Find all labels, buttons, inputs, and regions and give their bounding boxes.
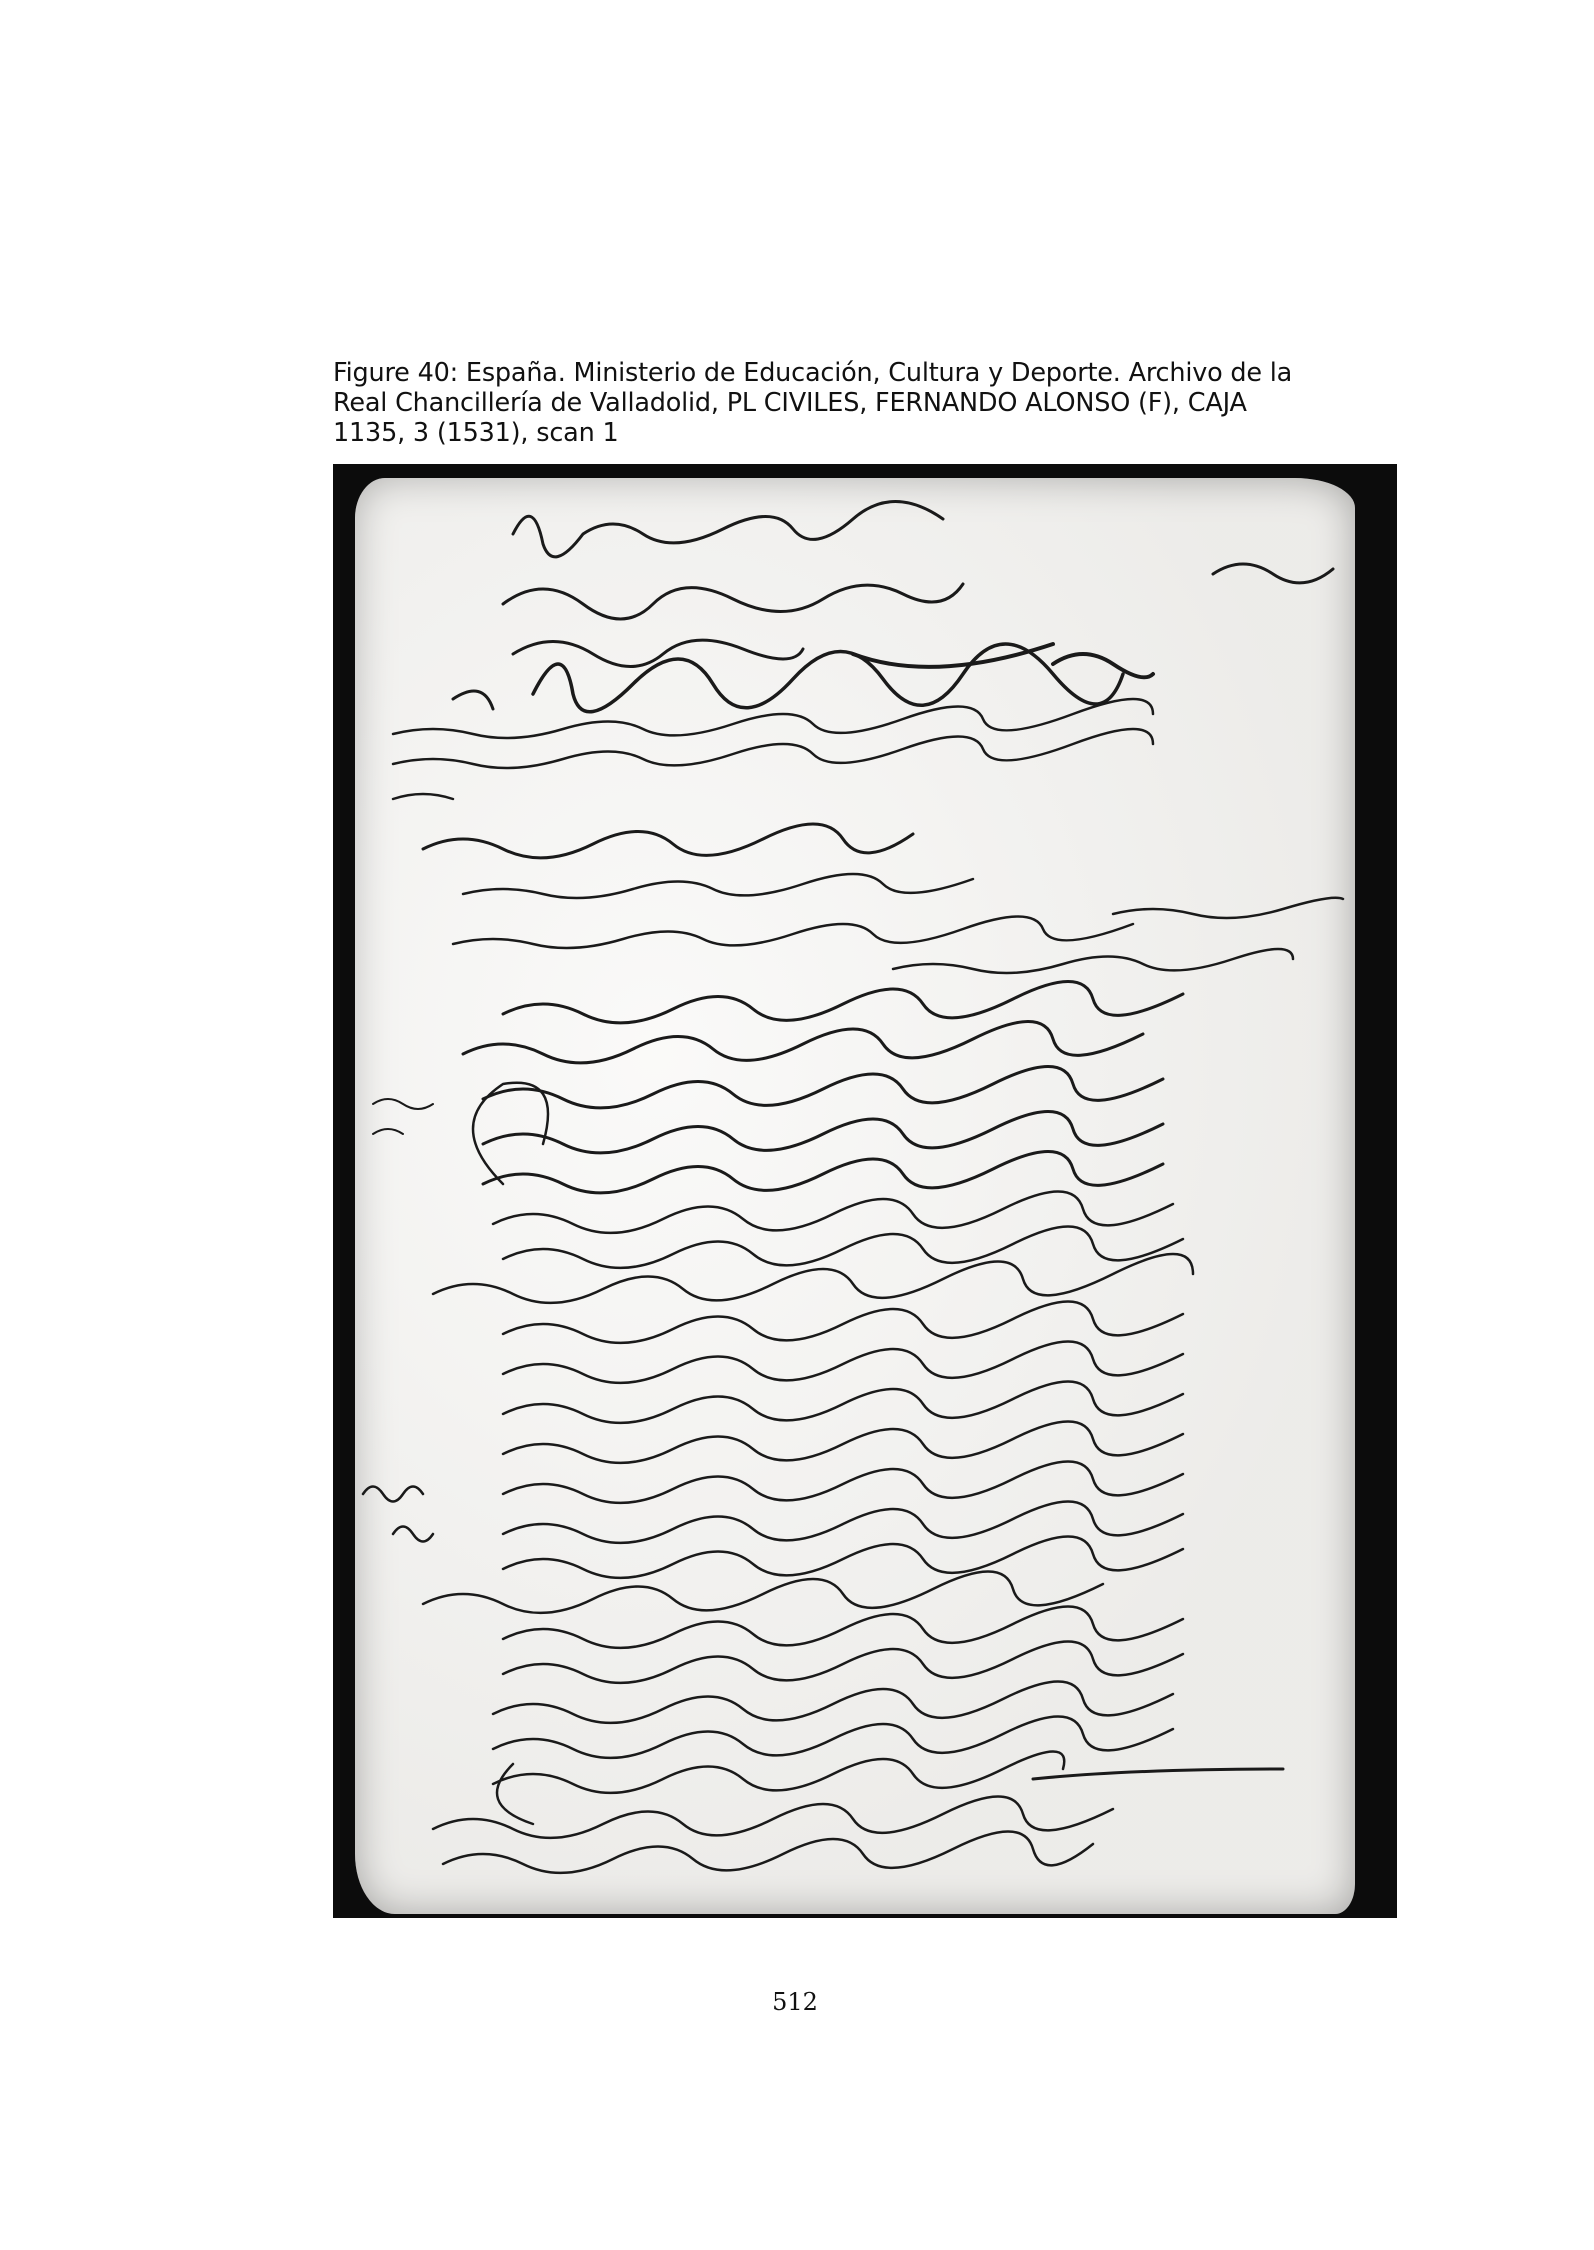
handwriting-strokes (333, 464, 1397, 1918)
figure-caption: Figure 40: España. Ministerio de Educaci… (333, 358, 1293, 448)
manuscript-scan-image (333, 464, 1397, 1918)
page-number: 512 (760, 1988, 830, 2016)
